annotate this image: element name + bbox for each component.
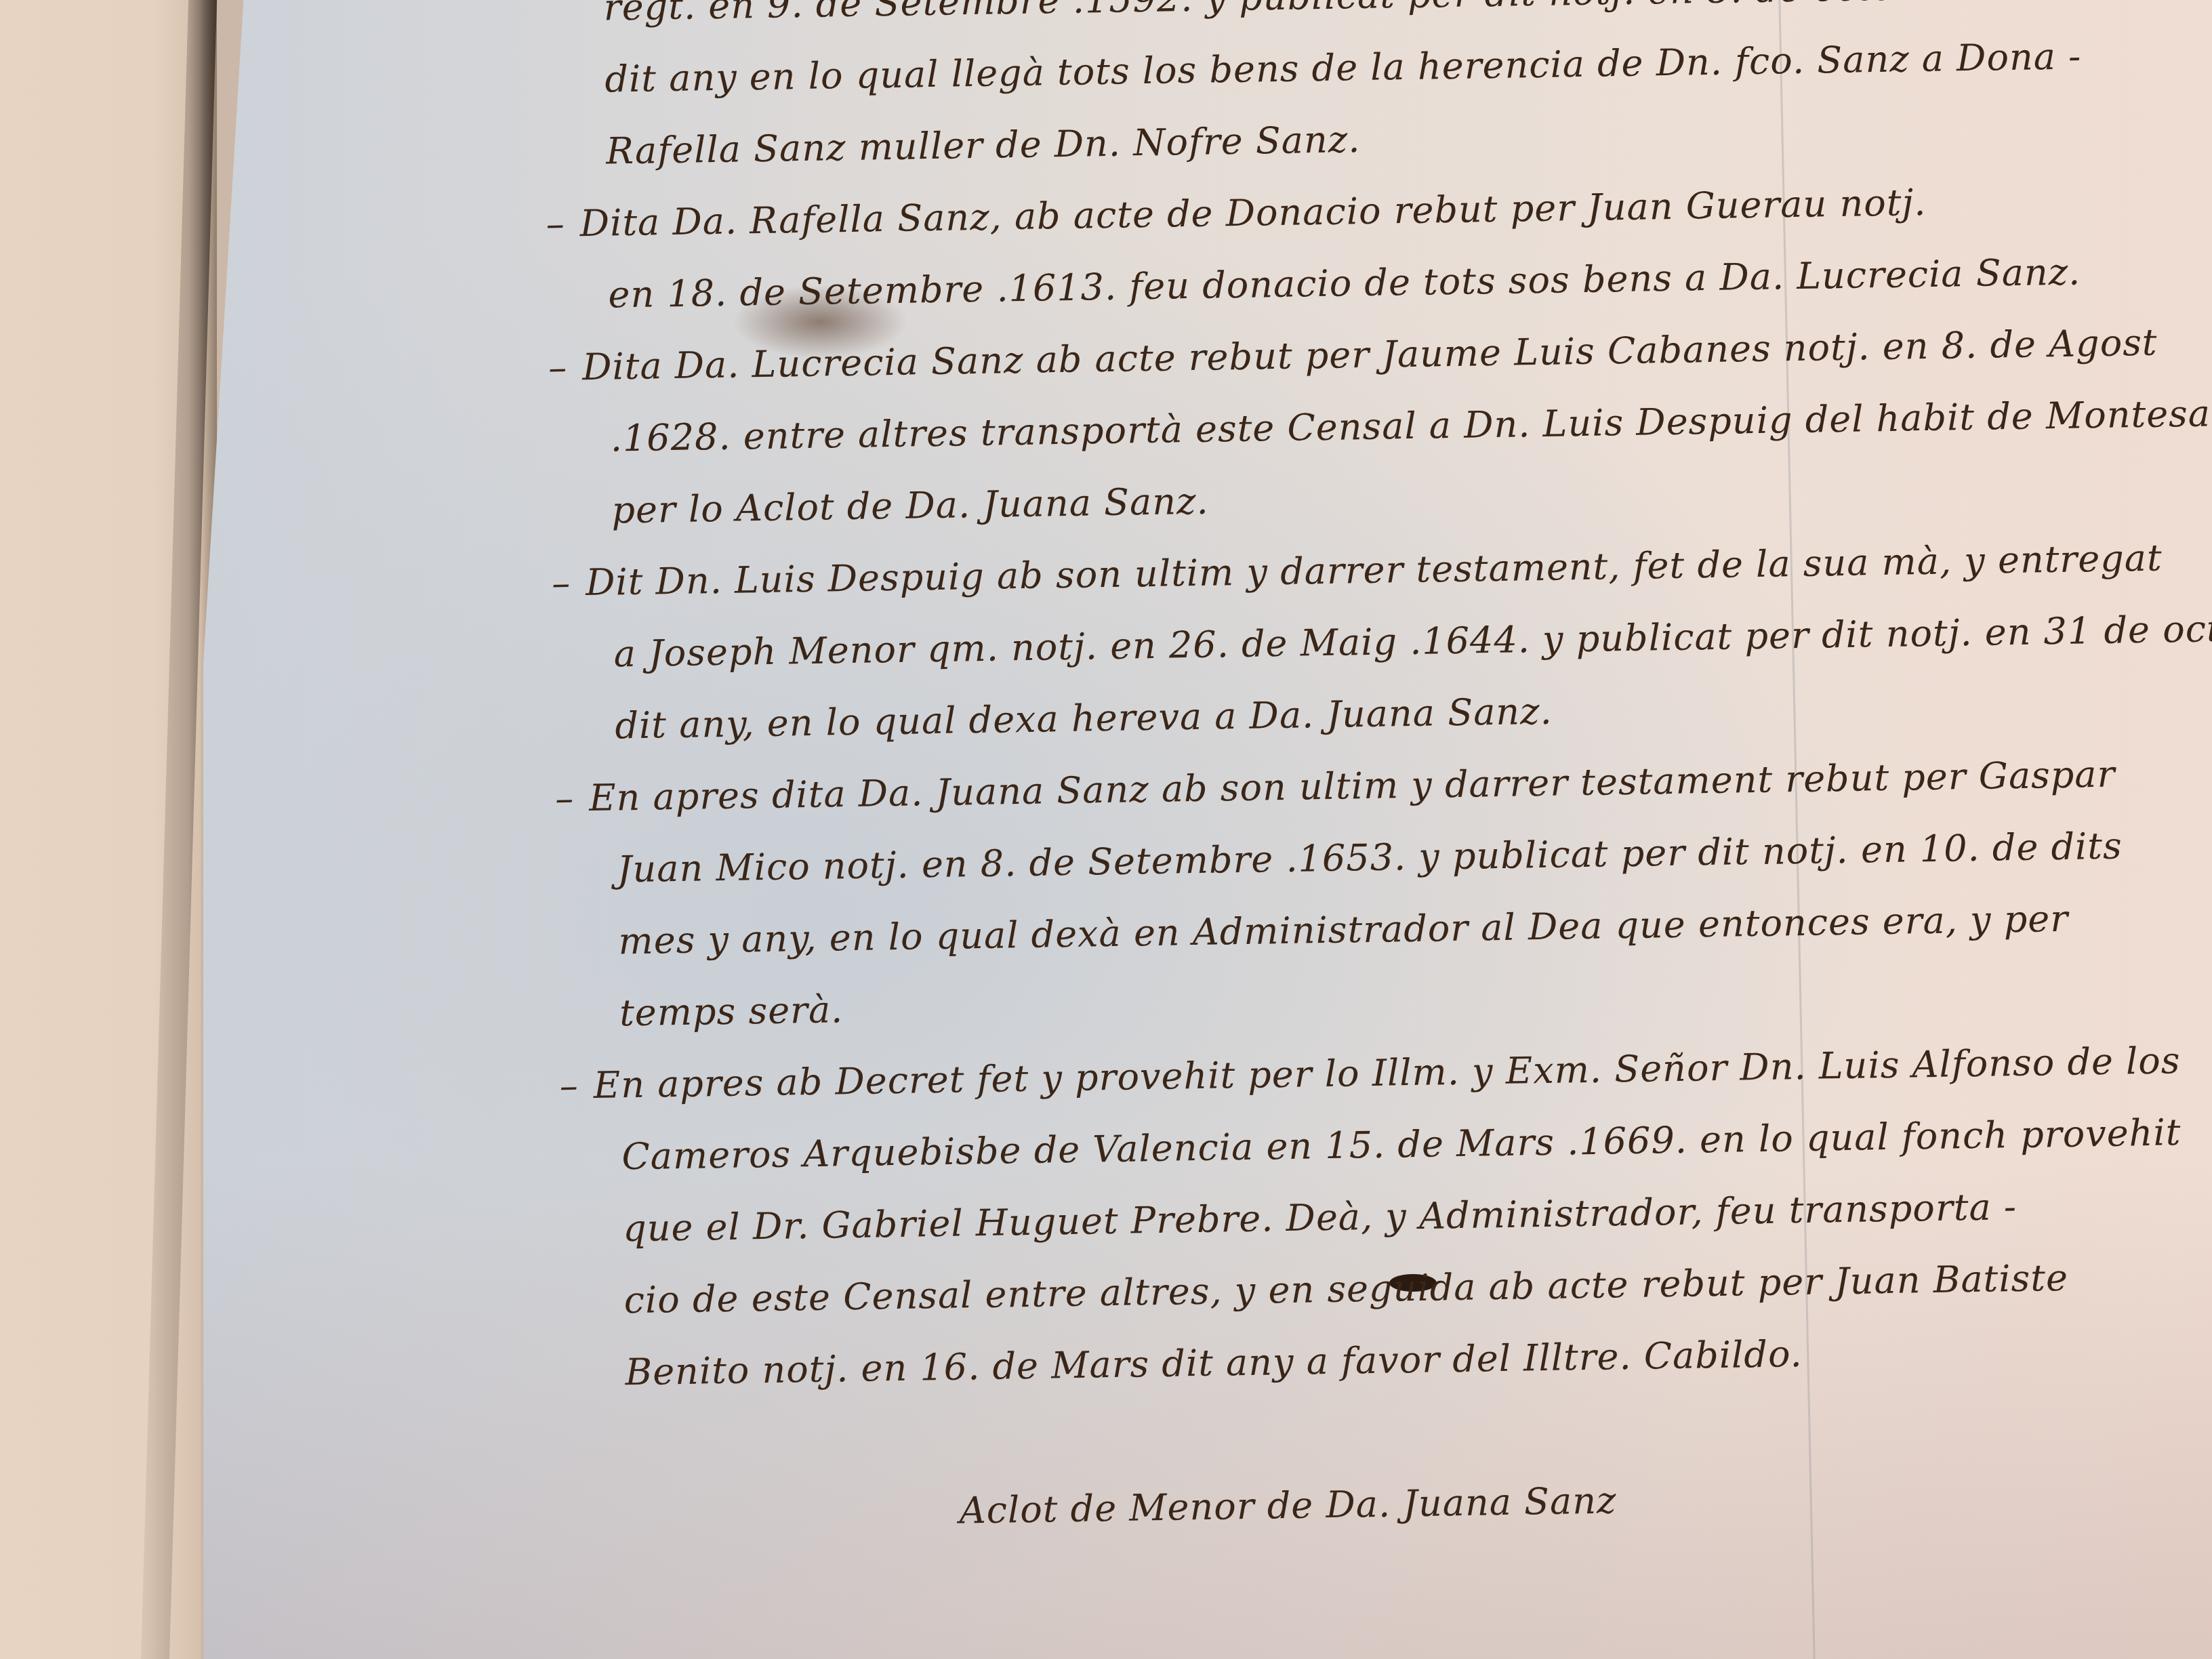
line-text: Cameros Arquebisbe de Valencia en 15. de…: [621, 1111, 2182, 1178]
line-text: dit any, en lo qual dexa hereva a Da. Ju…: [615, 690, 1553, 747]
entry-dash-mark: –: [554, 762, 590, 835]
line-text: mes y any, en lo qual dexà en Administra…: [618, 897, 2069, 963]
line-text: Rafella Sanz muller de Dn. Nofre Sanz.: [606, 118, 1361, 172]
entry-dash-mark: –: [559, 1050, 594, 1122]
entry-dash-mark: –: [548, 331, 583, 404]
entry-dash-mark: –: [551, 547, 586, 619]
line-text: Benito notj. en 16. de Mars dit any a fa…: [625, 1332, 1803, 1393]
line-text: temps serà.: [619, 988, 844, 1034]
entry-dash-mark: –: [546, 188, 581, 260]
line-text: per lo Aclot de Da. Juana Sanz.: [611, 480, 1209, 532]
handwritten-text-block: regt. en 9. de Setembre .1592. y publica…: [542, 0, 1895, 1553]
line-text: Aclot de Menor de Da. Juana Sanz: [959, 1479, 1617, 1532]
line-text: cio de este Censal entre altres, y en se…: [623, 1256, 2068, 1322]
line-text: Juan Mico notj. en 8. de Setembre .1653.…: [617, 825, 2123, 891]
line-text: que el Dr. Gabriel Huguet Prebre. Deà, y…: [623, 1185, 2018, 1250]
line-text: en 18. de Setembre .1613. feu donacio de…: [608, 250, 2081, 316]
line-text: dit any en lo qual llegà tots los bens d…: [605, 35, 2082, 100]
line-text: Dita Da. Rafella Sanz, ab acte de Donaci…: [579, 181, 1926, 245]
line-text: regt. en 9. de Setembre .1592. y publica…: [603, 0, 1962, 29]
